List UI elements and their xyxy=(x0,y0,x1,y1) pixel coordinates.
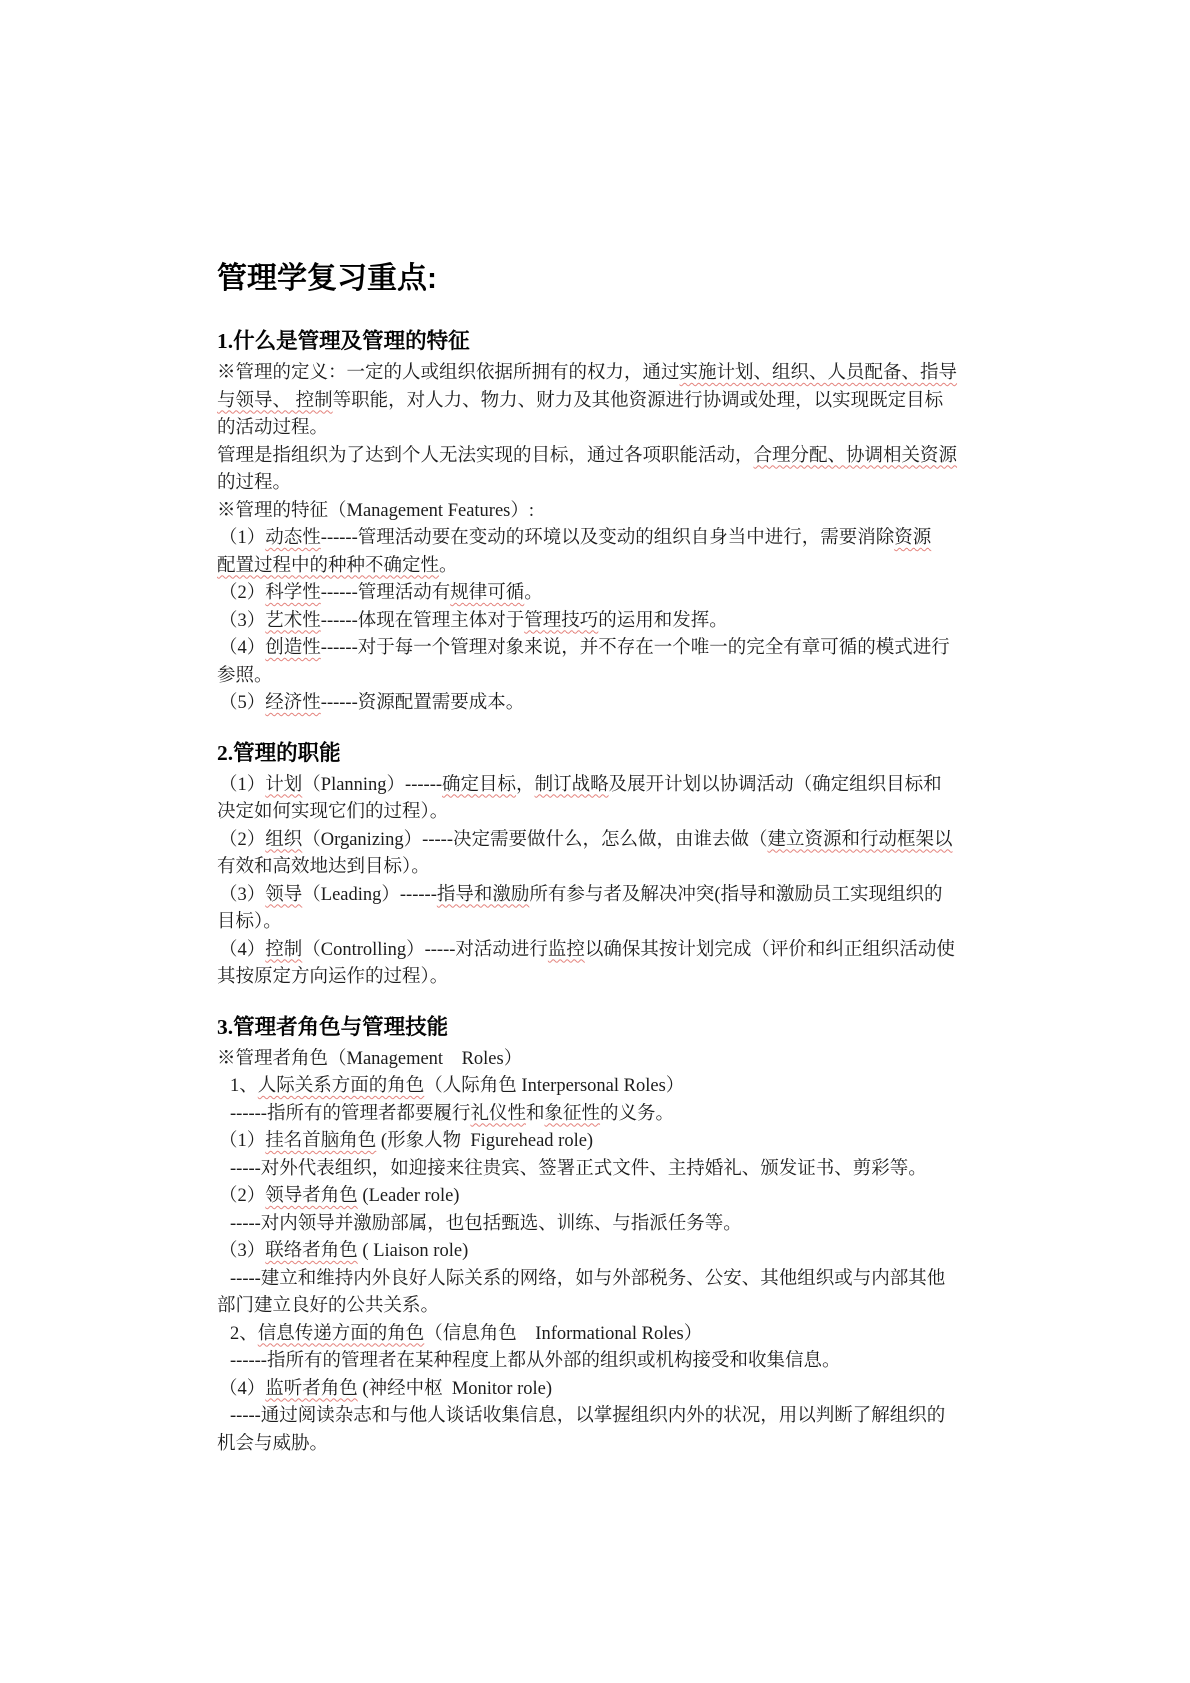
text-line: 1、人际关系方面的角色（人际角色 Interpersonal Roles） xyxy=(217,1073,965,1101)
text-segment: ------对于每一个管理对象来说，并不存在一个唯一的完全有章可循的模式进行 xyxy=(321,638,950,658)
misspelling-underlined-text: 控制 xyxy=(265,940,302,960)
misspelling-underlined-text: 合理分配、协调相关资源 xyxy=(754,446,958,466)
text-line: （2）组织（Organizing）-----决定需要做什么，怎么做，由谁去做（建… xyxy=(217,827,965,855)
text-segment: 1、 xyxy=(230,1076,258,1096)
text-segment: ------管理活动有 xyxy=(321,583,450,603)
text-segment: 。 xyxy=(439,556,458,576)
text-segment: ------体现在管理主体对于 xyxy=(321,611,524,631)
text-segment: ( Liaison role) xyxy=(358,1241,468,1261)
text-segment: 的义务。 xyxy=(600,1104,674,1124)
text-segment: （4） xyxy=(219,940,265,960)
text-segment: 的过程。 xyxy=(217,473,291,493)
text-segment: （3） xyxy=(219,611,265,631)
text-line: （3）艺术性------体现在管理主体对于管理技巧的运用和发挥。 xyxy=(217,608,965,636)
text-segment: 决定如何实现它们的过程）。 xyxy=(217,802,448,822)
text-segment: 以确保其按计划完成（评价和纠正组织活动使 xyxy=(585,940,955,960)
text-segment: 及展开计划以协调活动（确定组织目标和 xyxy=(609,775,942,795)
misspelling-underlined-text: 领导 xyxy=(265,885,302,905)
text-segment: 参照。 xyxy=(217,666,273,686)
text-segment: 管理是指组织为了达到个人无法实现的目标，通过各项职能活动， xyxy=(217,446,754,466)
text-line: 与领导、 控制等职能，对人力、物力、财力及其他资源进行协调或处理，以实现既定目标 xyxy=(217,388,965,416)
text-segment: （1） xyxy=(219,775,265,795)
text-line: 2、信息传递方面的角色（信息角色 Informational Roles） xyxy=(217,1321,965,1349)
text-segment: 其按原定方向运作的过程）。 xyxy=(217,967,448,987)
text-segment: ------指所有的管理者在某种程度上都从外部的组织或机构接受和收集信息。 xyxy=(230,1351,840,1371)
text-segment: （3） xyxy=(219,885,265,905)
text-segment: (形象人物 Figurehead role) xyxy=(376,1131,593,1151)
text-segment: ------指所有的管理者都要履行 xyxy=(230,1104,470,1124)
text-segment: -----对内领导并激励部属，也包括甄选、训练、与指派任务等。 xyxy=(230,1214,742,1234)
misspelling-underlined-text: 监控 xyxy=(548,940,585,960)
misspelling-underlined-text: 艺术性 xyxy=(265,611,321,631)
text-segment: （信息角色 Informational Roles） xyxy=(424,1324,702,1344)
misspelling-underlined-text: 经济性 xyxy=(265,693,321,713)
text-segment: -----建立和维持内外良好人际关系的网络，如与外部税务、公安、其他组织或与内部… xyxy=(230,1269,945,1289)
misspelling-underlined-text: 挂名首脑角色 xyxy=(265,1131,376,1151)
misspelling-underlined-text: 制订战略 xyxy=(535,775,609,795)
misspelling-underlined-text: 配置过程中的种种不确定性 xyxy=(217,556,439,576)
text-line: 管理是指组织为了达到个人无法实现的目标，通过各项职能活动，合理分配、协调相关资源 xyxy=(217,443,965,471)
text-line: -----建立和维持内外良好人际关系的网络，如与外部税务、公安、其他组织或与内部… xyxy=(217,1266,965,1294)
text-line: ※管理者角色（Management Roles） xyxy=(217,1046,965,1074)
text-line: （3）领导（Leading）------指导和激励所有参与者及解决冲突(指导和激… xyxy=(217,882,965,910)
text-line: ※管理的特征（Management Features）: xyxy=(217,498,965,526)
text-line: -----通过阅读杂志和与他人谈话收集信息，以掌握组织内外的状况，用以判断了解组… xyxy=(217,1403,965,1431)
text-line: 机会与威胁。 xyxy=(217,1431,965,1459)
misspelling-underlined-text: 信息传递方面的角色 xyxy=(258,1324,425,1344)
text-segment: (Leader role) xyxy=(358,1186,460,1206)
text-segment: 等职能，对人力、物力、财力及其他资源进行协调或处理，以实现既定目标 xyxy=(333,391,944,411)
text-line: （1）动态性------管理活动要在变动的环境以及变动的组织自身当中进行，需要消… xyxy=(217,525,965,553)
text-line: （2）领导者角色 (Leader role) xyxy=(217,1183,965,1211)
text-segment: 。 xyxy=(524,583,543,603)
section-heading: 2.管理的职能 xyxy=(217,740,965,766)
document-sections: 1.什么是管理及管理的特征※管理的定义：一定的人或组织依据所拥有的权力，通过实施… xyxy=(217,328,965,1458)
document-section: 2.管理的职能（1）计划（Planning）------确定目标，制订战略及展开… xyxy=(217,740,965,992)
text-segment: 的活动过程。 xyxy=(217,418,328,438)
misspelling-underlined-text: 管理技巧 xyxy=(524,611,598,631)
text-segment: 的运用和发挥。 xyxy=(598,611,728,631)
document-section: 1.什么是管理及管理的特征※管理的定义：一定的人或组织依据所拥有的权力，通过实施… xyxy=(217,328,965,718)
misspelling-underlined-text: 规律可循 xyxy=(450,583,524,603)
misspelling-underlined-text: 实施计划、组织、人员配备、指导 xyxy=(680,363,958,383)
text-segment: （2） xyxy=(219,830,265,850)
document-section: 3.管理者角色与管理技能※管理者角色（Management Roles）1、人际… xyxy=(217,1014,965,1459)
text-line: 部门建立良好的公共关系。 xyxy=(217,1293,965,1321)
text-line: 配置过程中的种种不确定性。 xyxy=(217,553,965,581)
text-line: ------指所有的管理者在某种程度上都从外部的组织或机构接受和收集信息。 xyxy=(217,1348,965,1376)
text-line: 目标）。 xyxy=(217,909,965,937)
text-segment: （1） xyxy=(219,528,265,548)
misspelling-underlined-text: 创造性 xyxy=(265,638,321,658)
document-body: 管理学复习重点: 1.什么是管理及管理的特征※管理的定义：一定的人或组织依据所拥… xyxy=(217,260,965,1480)
section-heading: 3.管理者角色与管理技能 xyxy=(217,1014,965,1040)
text-segment: 有效和高效地达到目标）。 xyxy=(217,857,430,877)
misspelling-underlined-text: 建立资源和行动框架以 xyxy=(767,830,952,850)
text-line: 参照。 xyxy=(217,663,965,691)
text-segment: （Controlling）-----对活动进行 xyxy=(302,940,548,960)
text-segment: 目标）。 xyxy=(217,912,282,932)
misspelling-underlined-text: 指导和激励 xyxy=(437,885,530,905)
misspelling-underlined-text: 组织 xyxy=(265,830,302,850)
text-line: （4）控制（Controlling）-----对活动进行监控以确保其按计划完成（… xyxy=(217,937,965,965)
text-line: （1）挂名首脑角色 (形象人物 Figurehead role) xyxy=(217,1128,965,1156)
text-segment: （5） xyxy=(219,693,265,713)
text-line: ※管理的定义：一定的人或组织依据所拥有的权力，通过实施计划、组织、人员配备、指导 xyxy=(217,360,965,388)
misspelling-underlined-text: 科学性 xyxy=(265,583,321,603)
misspelling-underlined-text: 与领导、 控制 xyxy=(217,391,333,411)
text-line: -----对内领导并激励部属，也包括甄选、训练、与指派任务等。 xyxy=(217,1211,965,1239)
text-segment: 部门建立良好的公共关系。 xyxy=(217,1296,439,1316)
text-line: 有效和高效地达到目标）。 xyxy=(217,854,965,882)
text-segment: （Planning）------ xyxy=(302,775,442,795)
text-segment: 2、 xyxy=(230,1324,258,1344)
text-line: （1）计划（Planning）------确定目标，制订战略及展开计划以协调活动… xyxy=(217,772,965,800)
text-line: 的活动过程。 xyxy=(217,415,965,443)
misspelling-underlined-text: 资源 xyxy=(894,528,931,548)
text-segment: ， xyxy=(516,775,535,795)
text-segment: -----对外代表组织，如迎接来往贵宾、签署正式文件、主持婚礼、颁发证书、剪彩等… xyxy=(230,1159,927,1179)
misspelling-underlined-text: 人际关系方面的角色 xyxy=(258,1076,425,1096)
text-segment: （2） xyxy=(219,1186,265,1206)
misspelling-underlined-text: 礼仪性 xyxy=(470,1104,526,1124)
text-segment: （4） xyxy=(219,1379,265,1399)
text-line: -----对外代表组织，如迎接来往贵宾、签署正式文件、主持婚礼、颁发证书、剪彩等… xyxy=(217,1156,965,1184)
text-segment: ------管理活动要在变动的环境以及变动的组织自身当中进行，需要消除 xyxy=(321,528,894,548)
text-segment: （4） xyxy=(219,638,265,658)
misspelling-underlined-text: 监听者角色 xyxy=(265,1379,358,1399)
document-title: 管理学复习重点: xyxy=(217,260,965,297)
section-heading: 1.什么是管理及管理的特征 xyxy=(217,328,965,354)
text-segment: ※管理的特征（Management Features）: xyxy=(217,501,534,521)
text-segment: 机会与威胁。 xyxy=(217,1434,328,1454)
text-line: （5）经济性------资源配置需要成本。 xyxy=(217,690,965,718)
misspelling-underlined-text: 确定目标 xyxy=(442,775,516,795)
text-segment: （Leading）------ xyxy=(302,885,437,905)
text-segment: ※管理者角色（Management Roles） xyxy=(217,1049,522,1069)
text-line: ------指所有的管理者都要履行礼仪性和象征性的义务。 xyxy=(217,1101,965,1129)
text-segment: 所有参与者及解决冲突(指导和激励员工实现组织的 xyxy=(529,885,942,905)
misspelling-underlined-text: 动态性 xyxy=(265,528,321,548)
misspelling-underlined-text: 计划 xyxy=(265,775,302,795)
text-segment: （1） xyxy=(219,1131,265,1151)
text-line: 的过程。 xyxy=(217,470,965,498)
text-segment: -----通过阅读杂志和与他人谈话收集信息，以掌握组织内外的状况，用以判断了解组… xyxy=(230,1406,945,1426)
text-segment: （2） xyxy=(219,583,265,603)
text-line: 其按原定方向运作的过程）。 xyxy=(217,964,965,992)
text-segment: (神经中枢 Monitor role) xyxy=(358,1379,552,1399)
text-segment: 和 xyxy=(526,1104,545,1124)
text-segment: ------资源配置需要成本。 xyxy=(321,693,524,713)
text-line: 决定如何实现它们的过程）。 xyxy=(217,799,965,827)
misspelling-underlined-text: 象征性 xyxy=(545,1104,601,1124)
text-line: （4）创造性------对于每一个管理对象来说，并不存在一个唯一的完全有章可循的… xyxy=(217,635,965,663)
text-line: （3）联络者角色 ( Liaison role) xyxy=(217,1238,965,1266)
document-page: 管理学复习重点: 1.什么是管理及管理的特征※管理的定义：一定的人或组织依据所拥… xyxy=(0,0,1190,1683)
text-segment: （Organizing）-----决定需要做什么，怎么做，由谁去做（ xyxy=(302,830,767,850)
text-segment: （人际角色 Interpersonal Roles） xyxy=(424,1076,684,1096)
text-line: （4）监听者角色 (神经中枢 Monitor role) xyxy=(217,1376,965,1404)
text-segment: ※管理的定义：一定的人或组织依据所拥有的权力，通过 xyxy=(217,363,680,383)
misspelling-underlined-text: 领导者角色 xyxy=(265,1186,358,1206)
text-line: （2）科学性------管理活动有规律可循。 xyxy=(217,580,965,608)
text-segment: （3） xyxy=(219,1241,265,1261)
misspelling-underlined-text: 联络者角色 xyxy=(265,1241,358,1261)
